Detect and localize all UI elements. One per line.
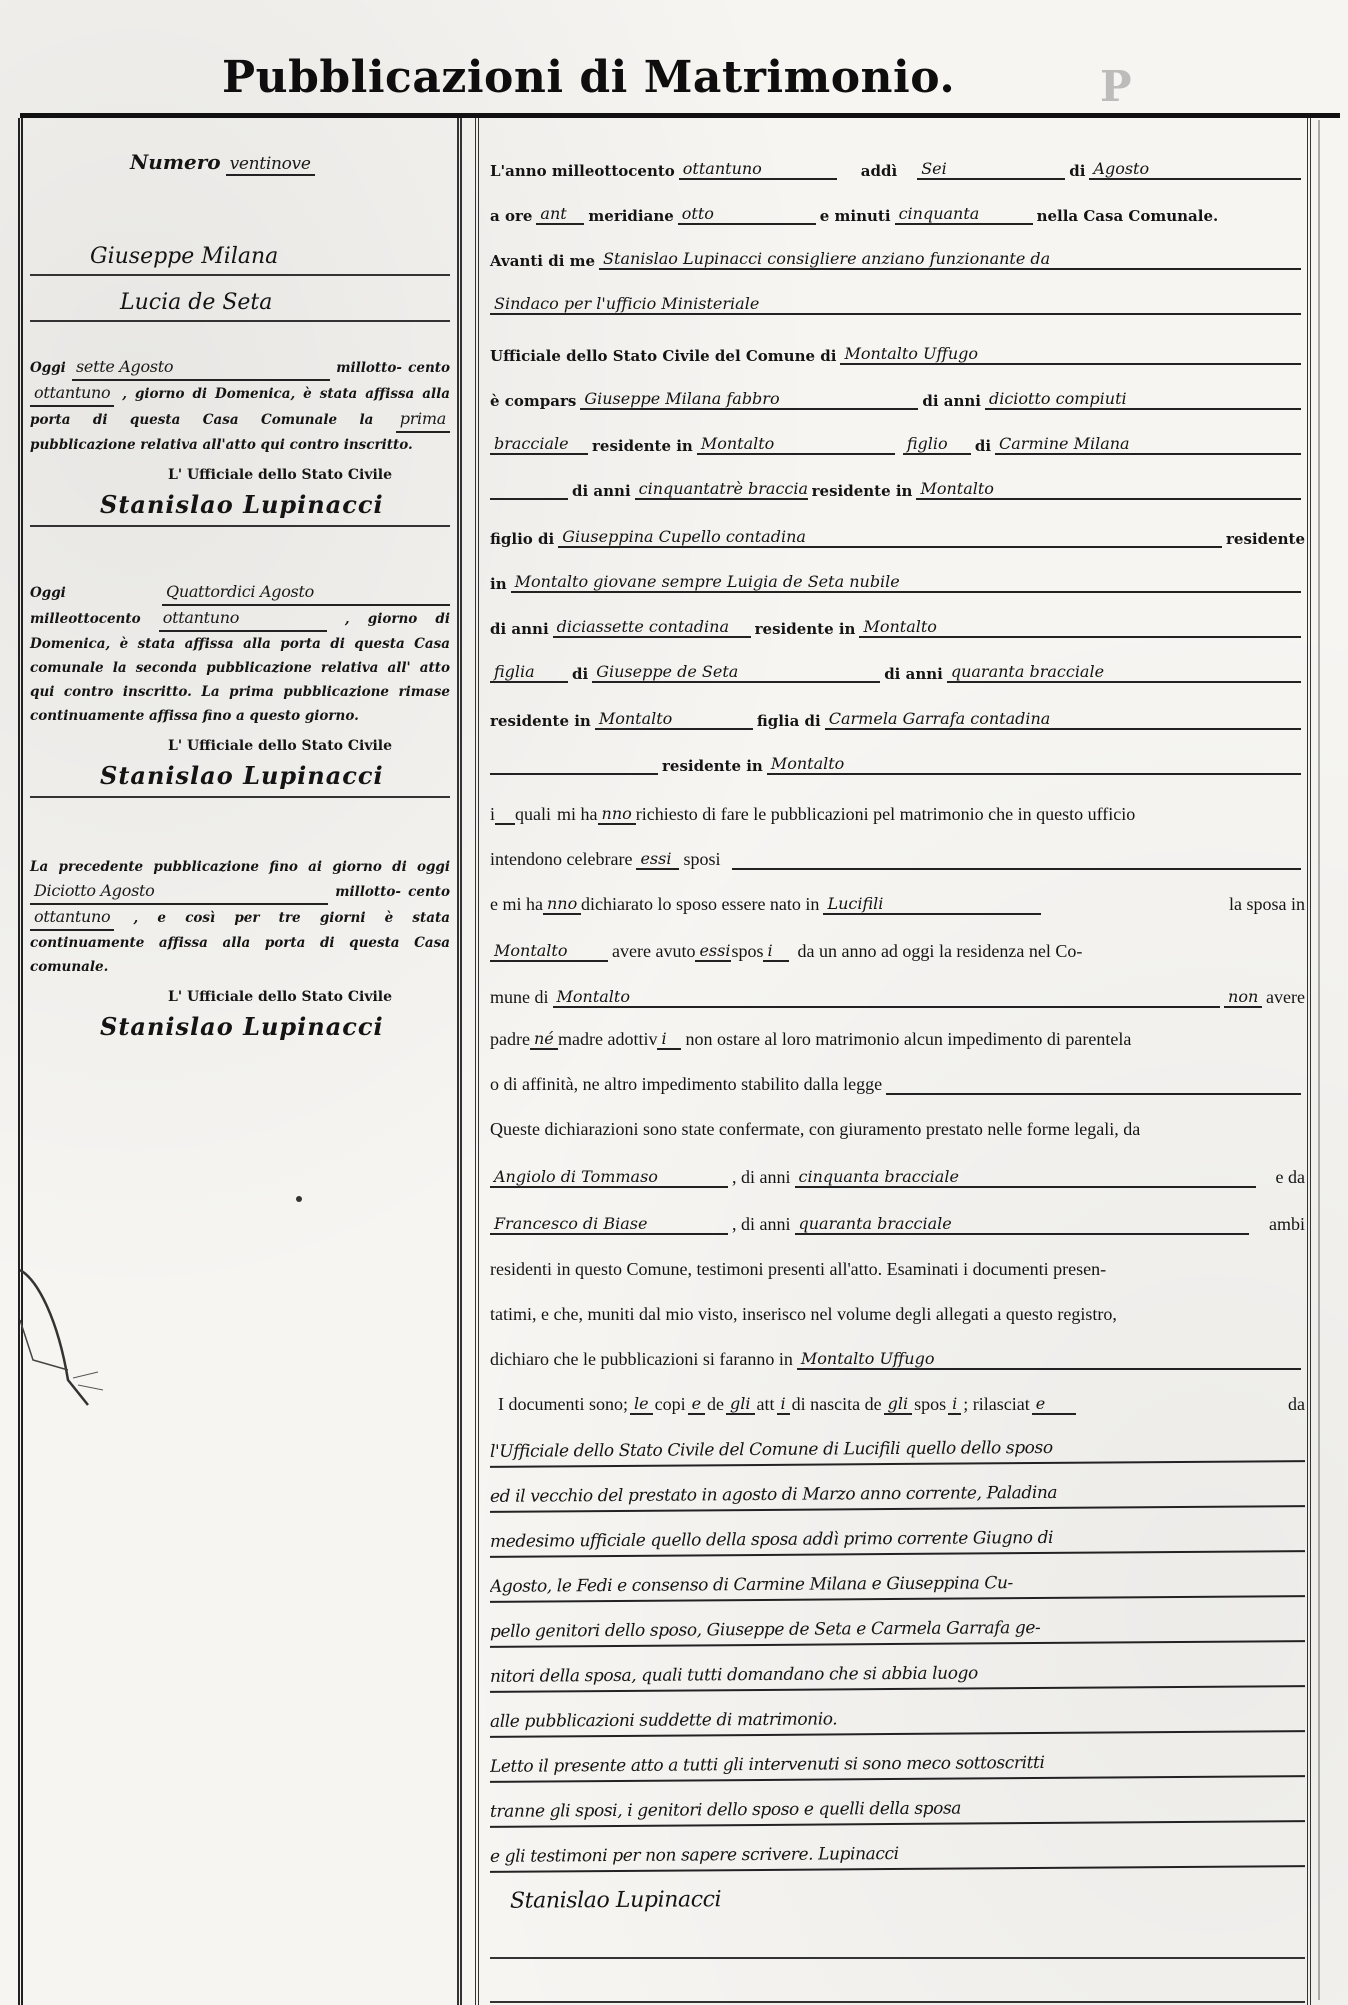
hour-field: otto	[678, 204, 816, 225]
handwritten-line: nitori della sposa, quali tutti domandan…	[490, 1642, 1305, 1693]
line-groom-residence: bracciale residente in Montalto figlio d…	[490, 415, 1305, 455]
bride-father-residence-field: Montalto	[595, 709, 753, 730]
day-field: Sei	[917, 159, 1065, 180]
line-bride-father: figlia di Giuseppe de Seta di anni quara…	[490, 643, 1305, 683]
line-presented: tatimi, e che, muniti dal mio visto, ins…	[490, 1285, 1305, 1325]
handwritten-line: medesimo ufficiale quello della sposa ad…	[490, 1507, 1305, 1558]
handwritten-line: Agosto, le Fedi e consenso di Carmine Mi…	[490, 1552, 1305, 1603]
officer-role-field: Sindaco per l'ufficio Ministeriale	[490, 294, 1301, 315]
line-groom: è compars Giuseppe Milana fabbro di anni…	[490, 370, 1305, 410]
document-page: Pubblicazioni di Matrimonio. P Numero ve…	[0, 0, 1348, 2005]
first-publication-year: ottantuno	[30, 381, 114, 407]
section-divider	[30, 796, 450, 798]
line-bride-age: di anni diciassette contadina residente …	[490, 598, 1305, 638]
hour-meridian-field: ant	[536, 204, 584, 225]
line-groom-mother: figlio di Giuseppina Cupello contadina r…	[490, 508, 1305, 548]
officer-field: Stanislao Lupinacci consigliere anziano …	[599, 249, 1301, 270]
spouse-names: Giuseppe Milana Lucia de Seta	[30, 230, 450, 322]
third-publication-date: Diciotto Agosto	[30, 879, 328, 905]
third-publication-year: ottantuno	[30, 905, 114, 931]
witness-2-name-field: Francesco di Biase	[490, 1214, 728, 1235]
residence-comune-field: Montalto	[553, 987, 1221, 1008]
year-field: ottantuno	[679, 159, 837, 180]
paper-crack-mark	[18, 1260, 108, 1410]
groom-birthplace-field: Lucifili	[823, 894, 1041, 915]
comune-field: Montalto Uffugo	[840, 344, 1301, 365]
line-residence-year: Montalto avere avuto essi spos i da un a…	[490, 922, 1305, 962]
bride-field: Montalto giovane sempre Luigia de Seta n…	[511, 572, 1301, 593]
line-intend: intendono celebrare essi sposi	[490, 830, 1305, 870]
official-signature: Stanislao Lupinacci	[30, 1015, 450, 1039]
handwritten-body: l'Ufficiale dello Stato Civile del Comun…	[490, 1420, 1305, 2003]
handwritten-line: ed il vecchio del prestato in agosto di …	[490, 1462, 1305, 1513]
line-time: a ore ant meridiane otto e minuti cinqua…	[490, 185, 1305, 225]
line-officer: Avanti di me Stanislao Lupinacci consigl…	[490, 230, 1305, 270]
bride-name: Lucia de Seta	[30, 276, 450, 322]
line-bride-mother-residence: residente in Montalto	[490, 735, 1305, 775]
line-comune-residence: mune di Montalto non avere	[490, 968, 1305, 1008]
line-birthplace: e mi ha nno dichiarato lo sposo essere n…	[490, 875, 1305, 915]
second-publication-year: ottantuno	[159, 606, 327, 632]
ink-spot	[296, 1196, 302, 1202]
official-label: L' Ufficiale dello Stato Civile	[30, 734, 450, 758]
line-declarations: Queste dichiarazioni sono state conferma…	[490, 1100, 1305, 1140]
second-publication: Oggi Quattordici Agosto milleottocento o…	[30, 580, 450, 798]
line-request: i quali mi ha nno richiesto di fare le p…	[490, 785, 1305, 825]
document-title: Pubblicazioni di Matrimonio.	[222, 52, 955, 103]
handwritten-line: tranne gli sposi, i genitori dello sposo…	[490, 1777, 1305, 1828]
line-bride-mother: residente in Montalto figlia di Carmela …	[490, 690, 1305, 730]
bride-residence-field: Montalto	[859, 617, 1301, 638]
line-officer-role: Sindaco per l'ufficio Ministeriale	[490, 275, 1305, 315]
groom-father-residence-field: Montalto	[916, 479, 1301, 500]
month-field: Agosto	[1089, 159, 1301, 180]
official-signature: Stanislao Lupinacci	[30, 764, 450, 788]
groom-mother-field: Giuseppina Cupello contadina	[558, 527, 1222, 548]
handwritten-line: l'Ufficiale dello Stato Civile del Comun…	[490, 1417, 1305, 1468]
groom-residence-field: Montalto	[697, 434, 895, 455]
line-publication-place: dichiaro che le pubblicazioni si faranno…	[490, 1330, 1305, 1370]
witness-1-age-field: cinquanta bracciale	[795, 1167, 1256, 1188]
line-date: L'anno milleottocento ottantuno addì Sei…	[490, 140, 1305, 180]
groom-father-age-field: cinquantatrè bracciale	[635, 479, 808, 500]
bride-father-field: Giuseppe de Seta	[592, 662, 880, 683]
line-witness-1: Angiolo di Tommaso , di anni cinquanta b…	[490, 1148, 1305, 1188]
blank-line	[490, 1915, 1305, 1959]
first-publication: Oggi sette Agosto millotto- cento ottant…	[30, 355, 450, 527]
handwritten-line: pello genitori dello sposo, Giuseppe de …	[490, 1597, 1305, 1648]
blank-line	[490, 1959, 1305, 2003]
groom-age-field: diciotto compiuti	[985, 389, 1301, 410]
line-impediment: padre né madre adottiv i non ostare al l…	[490, 1010, 1305, 1050]
record-number: Numero ventinove	[130, 150, 315, 176]
line-bride: in Montalto giovane sempre Luigia de Set…	[490, 553, 1305, 593]
minutes-field: cinquanta	[895, 204, 1033, 225]
bleed-through-title: P	[1100, 62, 1132, 111]
numero-label: Numero	[130, 150, 221, 174]
witness-1-name-field: Angiolo di Tommaso	[490, 1167, 728, 1188]
first-publication-ordinal: prima	[396, 407, 450, 433]
official-label: L' Ufficiale dello Stato Civile	[30, 985, 450, 1009]
handwritten-line: alle pubblicazioni suddette di matrimoni…	[490, 1687, 1305, 1738]
publication-place-field: Montalto Uffugo	[797, 1349, 1301, 1370]
section-divider	[30, 525, 450, 527]
second-publication-date: Quattordici Agosto	[162, 580, 450, 606]
bride-birthplace-field: Montalto	[490, 941, 608, 962]
bride-father-age-field: quaranta bracciale	[947, 662, 1301, 683]
bride-mother-residence-field: Montalto	[767, 754, 1301, 775]
officer-signature: Stanislao Lupinacci	[490, 1867, 1305, 1918]
witness-2-age-field: quaranta bracciale	[795, 1214, 1250, 1235]
outer-frame-line	[1318, 120, 1320, 2000]
groom-name: Giuseppe Milana	[30, 230, 450, 276]
first-publication-date: sette Agosto	[72, 355, 330, 381]
handwritten-line: Letto il presente atto a tutti gli inter…	[490, 1732, 1305, 1783]
line-comune: Ufficiale dello Stato Civile del Comune …	[490, 325, 1305, 365]
third-publication: La precedente pubblicazione fino ai gior…	[30, 855, 450, 1039]
official-signature: Stanislao Lupinacci	[30, 493, 450, 517]
handwritten-line: e gli testimoni per non sapere scrivere.…	[490, 1822, 1305, 1873]
official-label: L' Ufficiale dello Stato Civile	[30, 463, 450, 487]
line-affinity: o di affinità, ne altro impedimento stab…	[490, 1055, 1305, 1095]
line-groom-father-age: di anni cinquantatrè bracciale residente…	[490, 460, 1305, 500]
bride-age-field: diciassette contadina	[553, 617, 751, 638]
line-documents: I documenti sono; le copi e de gli att i…	[490, 1375, 1305, 1415]
groom-father-field: Carmine Milana	[995, 434, 1301, 455]
bride-mother-field: Carmela Garrafa contadina	[825, 709, 1301, 730]
line-witness-2: Francesco di Biase , di anni quaranta br…	[490, 1195, 1305, 1235]
line-residents: residenti in questo Comune, testimoni pr…	[490, 1240, 1305, 1280]
groom-field: Giuseppe Milana fabbro	[580, 389, 918, 410]
numero-value: ventinove	[226, 154, 315, 176]
